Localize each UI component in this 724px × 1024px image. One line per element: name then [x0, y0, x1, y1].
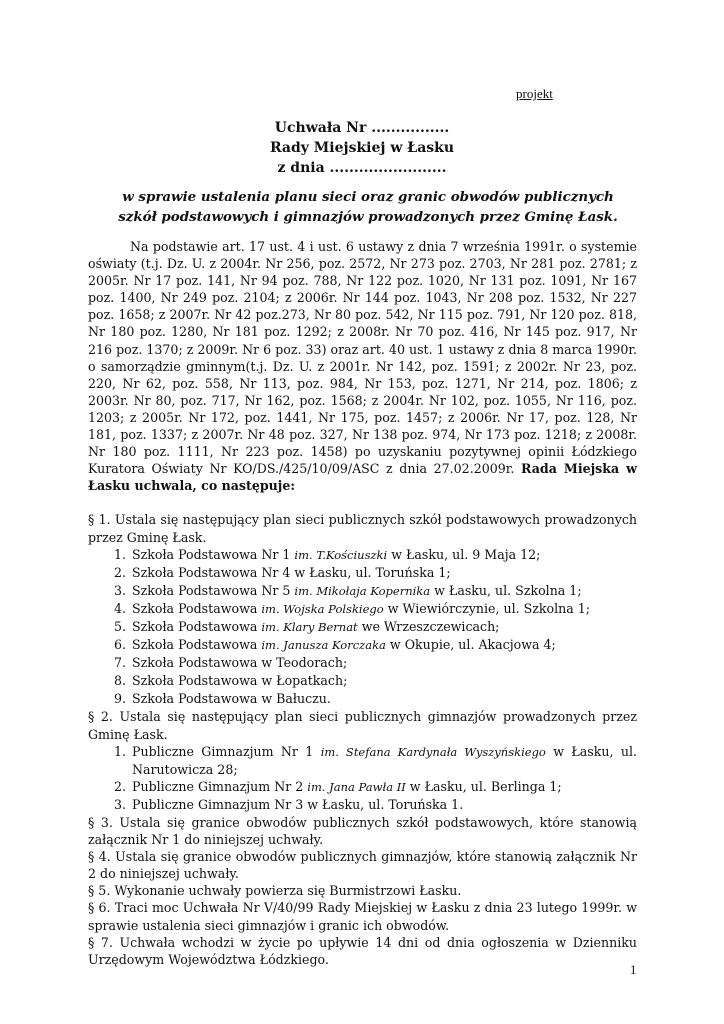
resolution-title: Uchwała Nr ................ Rady Miejski… — [0, 118, 724, 178]
title-line-date: z dnia ........................ — [0, 158, 724, 178]
section-2: § 2. Ustala się następujący plan sieci p… — [88, 708, 637, 742]
list-item: Szkoła Podstawowa im. Janusza Korczaka w… — [130, 636, 637, 654]
list-item: Szkoła Podstawowa im. Wojska Polskiego w… — [130, 600, 637, 618]
section-7: § 7. Uchwała wchodzi w życie po upływie … — [88, 934, 637, 968]
section-6: § 6. Traci moc Uchwała Nr V/40/99 Rady M… — [88, 899, 637, 933]
document-page: projekt Uchwała Nr ................ Rady… — [0, 0, 724, 1024]
list-item: Publiczne Gimnazjum Nr 1 im. Stefana Kar… — [130, 743, 637, 778]
list-item: Publiczne Gimnazjum Nr 2 im. Jana Pawła … — [130, 778, 637, 796]
list-item: Szkoła Podstawowa Nr 1 im. T.Kościuszki … — [130, 546, 637, 564]
title-line-council: Rady Miejskiej w Łasku — [0, 138, 724, 158]
title-line-number: Uchwała Nr ................ — [0, 118, 724, 138]
list-item: Szkoła Podstawowa w Łopatkach; — [130, 672, 637, 690]
preamble-text: Na podstawie art. 17 ust. 4 i ust. 6 ust… — [88, 239, 637, 476]
legal-basis-preamble: Na podstawie art. 17 ust. 4 i ust. 6 ust… — [88, 238, 637, 494]
list-item: Publiczne Gimnazjum Nr 3 w Łasku, ul. To… — [130, 796, 637, 814]
middle-schools-list: Publiczne Gimnazjum Nr 1 im. Stefana Kar… — [88, 743, 637, 814]
document-body: Na podstawie art. 17 ust. 4 i ust. 6 ust… — [88, 238, 637, 968]
section-4: § 4. Ustala się granice obwodów publiczn… — [88, 848, 637, 882]
resolution-subject: w sprawie ustalenia planu sieci oraz gra… — [88, 187, 648, 227]
section-1: § 1. Ustala się następujący plan sieci p… — [88, 511, 637, 545]
subject-line-2: szkół podstawowych i gimnazjów prowadzon… — [88, 207, 648, 227]
section-5: § 5. Wykonanie uchwały powierza się Burm… — [88, 882, 637, 899]
section-3: § 3. Ustala się granice obwodów publiczn… — [88, 814, 637, 848]
list-item: Szkoła Podstawowa Nr 5 im. Mikołaja Kope… — [130, 582, 637, 600]
list-item: Szkoła Podstawowa im. Klary Bernat we Wr… — [130, 618, 637, 636]
list-item: Szkoła Podstawowa w Teodorach; — [130, 654, 637, 672]
draft-label: projekt — [516, 86, 553, 102]
list-item: Szkoła Podstawowa w Bałuczu. — [130, 690, 637, 708]
list-item: Szkoła Podstawowa Nr 4 w Łasku, ul. Toru… — [130, 564, 637, 582]
page-number: 1 — [630, 962, 637, 978]
primary-schools-list: Szkoła Podstawowa Nr 1 im. T.Kościuszki … — [88, 546, 637, 709]
subject-line-1: w sprawie ustalenia planu sieci oraz gra… — [88, 187, 648, 207]
